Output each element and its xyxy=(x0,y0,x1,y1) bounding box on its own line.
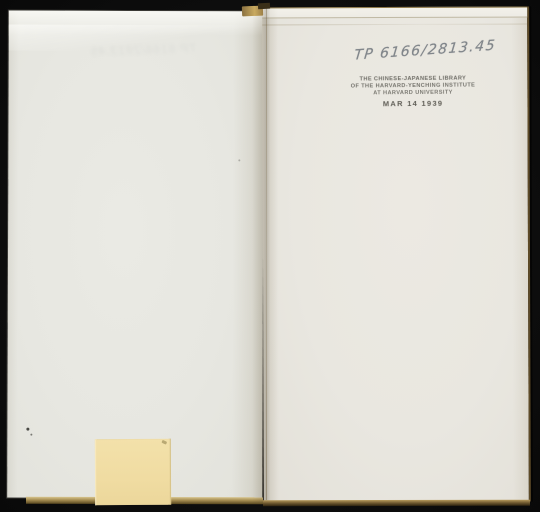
paper-speck xyxy=(238,159,240,161)
spine-hinge-shadow xyxy=(258,3,270,10)
gutter-crease-line xyxy=(266,8,267,500)
stamp-date: MAR 14 1939 xyxy=(349,98,477,108)
ghost-offset-impression: TP 6166/2813.45 xyxy=(76,41,196,61)
stamp-line-3: AT HARVARD UNIVERSITY xyxy=(349,90,477,98)
flyleaf-crease-line xyxy=(262,24,527,26)
library-stamp: THE CHINESE-JAPANESE LIBRARY OF THE HARV… xyxy=(349,75,477,108)
right-page-block-edge xyxy=(263,500,530,506)
gutter-shadow xyxy=(252,5,278,503)
paper-speck xyxy=(26,428,29,431)
pocket-stain-mark xyxy=(161,440,167,445)
flyleaf-top-edge xyxy=(262,7,527,19)
left-page: TP 6166/2813.45 xyxy=(7,11,264,499)
book-scan: TP 6166/2813.45 TP 6166/2813.45 THE CHIN… xyxy=(0,0,540,512)
paper-speck xyxy=(30,434,32,436)
book-pocket-residue xyxy=(95,439,171,506)
